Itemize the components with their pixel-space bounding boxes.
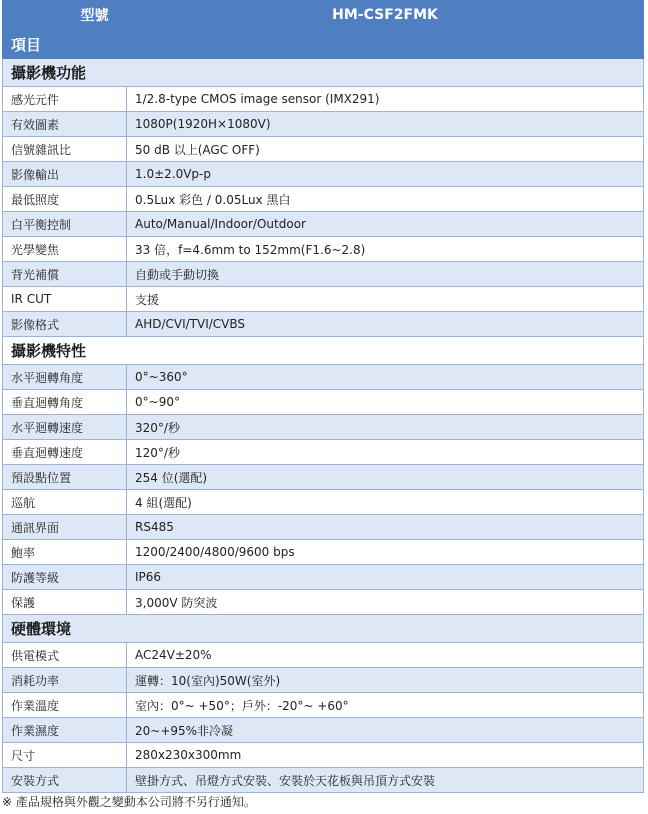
spec-value: 壁掛方式、吊燈方式安裝、安裝於天花板與吊頂方式安裝 bbox=[127, 768, 644, 793]
spec-value: 4 組(選配) bbox=[127, 490, 644, 515]
spec-value: 3,000V 防突波 bbox=[127, 590, 644, 615]
spec-label: 感光元件 bbox=[3, 87, 127, 112]
spec-label: 最低照度 bbox=[3, 187, 127, 212]
spec-value: AHD/CVI/TVI/CVBS bbox=[127, 312, 644, 337]
table-row: 通訊界面 RS485 bbox=[3, 515, 644, 540]
spec-label: 安裝方式 bbox=[3, 768, 127, 793]
item-header-row: 項目 bbox=[3, 30, 644, 59]
table-row: 預設點位置 254 位(選配) bbox=[3, 465, 644, 490]
spec-label: 垂直迴轉角度 bbox=[3, 390, 127, 415]
spec-value: AC24V±20% bbox=[127, 643, 644, 668]
section-title: 硬體環境 bbox=[3, 615, 644, 643]
spec-label: 作業濕度 bbox=[3, 718, 127, 743]
section-title: 攝影機功能 bbox=[3, 59, 644, 87]
spec-table: 型號 HM-CSF2FMK 項目 攝影機功能 感光元件 1/2.8-type C… bbox=[2, 0, 644, 793]
spec-label: 光學變焦 bbox=[3, 237, 127, 262]
spec-label: 有效圖素 bbox=[3, 112, 127, 137]
table-row: 水平迴轉角度 0°~360° bbox=[3, 365, 644, 390]
table-row: IR CUT 支援 bbox=[3, 287, 644, 312]
spec-value: RS485 bbox=[127, 515, 644, 540]
spec-value: 1/2.8-type CMOS image sensor (IMX291) bbox=[127, 87, 644, 112]
spec-label: 通訊界面 bbox=[3, 515, 127, 540]
spec-label: 白平衡控制 bbox=[3, 212, 127, 237]
table-row: 作業溫度 室內：0°~ +50°；戶外：-20°~ +60° bbox=[3, 693, 644, 718]
item-label: 項目 bbox=[3, 30, 127, 59]
section-header-camera-function: 攝影機功能 bbox=[3, 59, 644, 87]
spec-value: 120°/秒 bbox=[127, 440, 644, 465]
table-row: 最低照度 0.5Lux 彩色 / 0.05Lux 黑白 bbox=[3, 187, 644, 212]
section-header-hardware-environment: 硬體環境 bbox=[3, 615, 644, 643]
spec-value: 254 位(選配) bbox=[127, 465, 644, 490]
table-row: 水平迴轉速度 320°/秒 bbox=[3, 415, 644, 440]
table-row: 影像格式 AHD/CVI/TVI/CVBS bbox=[3, 312, 644, 337]
spec-value: 280x230x300mm bbox=[127, 743, 644, 768]
table-row: 垂直迴轉角度 0°~90° bbox=[3, 390, 644, 415]
table-row: 安裝方式 壁掛方式、吊燈方式安裝、安裝於天花板與吊頂方式安裝 bbox=[3, 768, 644, 793]
spec-label: 信號雜訊比 bbox=[3, 137, 127, 162]
section-title: 攝影機特性 bbox=[3, 337, 644, 365]
table-row: 尺寸 280x230x300mm bbox=[3, 743, 644, 768]
spec-value: 50 dB 以上(AGC OFF) bbox=[127, 137, 644, 162]
table-row: 鮑率 1200/2400/4800/9600 bps bbox=[3, 540, 644, 565]
spec-value: IP66 bbox=[127, 565, 644, 590]
table-row: 消耗功率 運轉：10(室內)50W(室外) bbox=[3, 668, 644, 693]
table-row: 白平衡控制 Auto/Manual/Indoor/Outdoor bbox=[3, 212, 644, 237]
spec-value: 1.0±2.0Vp-p bbox=[127, 162, 644, 187]
spec-value: 1200/2400/4800/9600 bps bbox=[127, 540, 644, 565]
spec-label: 保護 bbox=[3, 590, 127, 615]
spec-value: Auto/Manual/Indoor/Outdoor bbox=[127, 212, 644, 237]
spec-value: 1080P(1920H×1080V) bbox=[127, 112, 644, 137]
spec-label: 垂直迴轉速度 bbox=[3, 440, 127, 465]
table-row: 背光補償 自動或手動切換 bbox=[3, 262, 644, 287]
table-row: 防護等級 IP66 bbox=[3, 565, 644, 590]
section-header-camera-features: 攝影機特性 bbox=[3, 337, 644, 365]
spec-label: 影像格式 bbox=[3, 312, 127, 337]
spec-label: 預設點位置 bbox=[3, 465, 127, 490]
table-row: 影像輸出 1.0±2.0Vp-p bbox=[3, 162, 644, 187]
spec-label: 作業溫度 bbox=[3, 693, 127, 718]
spec-value: 支援 bbox=[127, 287, 644, 312]
table-row: 感光元件 1/2.8-type CMOS image sensor (IMX29… bbox=[3, 87, 644, 112]
model-header-row: 型號 HM-CSF2FMK bbox=[3, 1, 644, 30]
table-row: 光學變焦 33 倍，f=4.6mm to 152mm(F1.6~2.8) bbox=[3, 237, 644, 262]
spec-label: 背光補償 bbox=[3, 262, 127, 287]
spec-value: 0°~360° bbox=[127, 365, 644, 390]
spec-label: 供電模式 bbox=[3, 643, 127, 668]
table-row: 有效圖素 1080P(1920H×1080V) bbox=[3, 112, 644, 137]
table-row: 巡航 4 組(選配) bbox=[3, 490, 644, 515]
spec-label: 消耗功率 bbox=[3, 668, 127, 693]
spec-label: 鮑率 bbox=[3, 540, 127, 565]
spec-value: 0.5Lux 彩色 / 0.05Lux 黑白 bbox=[127, 187, 644, 212]
spec-label: IR CUT bbox=[3, 287, 127, 312]
spec-value: 20~+95%非冷凝 bbox=[127, 718, 644, 743]
item-header-blank bbox=[127, 30, 644, 59]
spec-value: 自動或手動切換 bbox=[127, 262, 644, 287]
model-label: 型號 bbox=[3, 1, 127, 30]
table-row: 保護 3,000V 防突波 bbox=[3, 590, 644, 615]
spec-value: 0°~90° bbox=[127, 390, 644, 415]
spec-label: 水平迴轉速度 bbox=[3, 415, 127, 440]
spec-label: 水平迴轉角度 bbox=[3, 365, 127, 390]
spec-label: 影像輸出 bbox=[3, 162, 127, 187]
table-row: 垂直迴轉速度 120°/秒 bbox=[3, 440, 644, 465]
spec-label: 巡航 bbox=[3, 490, 127, 515]
footnote: ※ 產品規格與外觀之變動本公司將不另行通知。 bbox=[2, 793, 256, 810]
table-row: 供電模式 AC24V±20% bbox=[3, 643, 644, 668]
spec-value: 320°/秒 bbox=[127, 415, 644, 440]
table-row: 作業濕度 20~+95%非冷凝 bbox=[3, 718, 644, 743]
spec-label: 防護等級 bbox=[3, 565, 127, 590]
spec-value: 室內：0°~ +50°；戶外：-20°~ +60° bbox=[127, 693, 644, 718]
table-row: 信號雜訊比 50 dB 以上(AGC OFF) bbox=[3, 137, 644, 162]
model-value: HM-CSF2FMK bbox=[127, 1, 644, 30]
spec-value: 33 倍，f=4.6mm to 152mm(F1.6~2.8) bbox=[127, 237, 644, 262]
spec-value: 運轉：10(室內)50W(室外) bbox=[127, 668, 644, 693]
spec-label: 尺寸 bbox=[3, 743, 127, 768]
